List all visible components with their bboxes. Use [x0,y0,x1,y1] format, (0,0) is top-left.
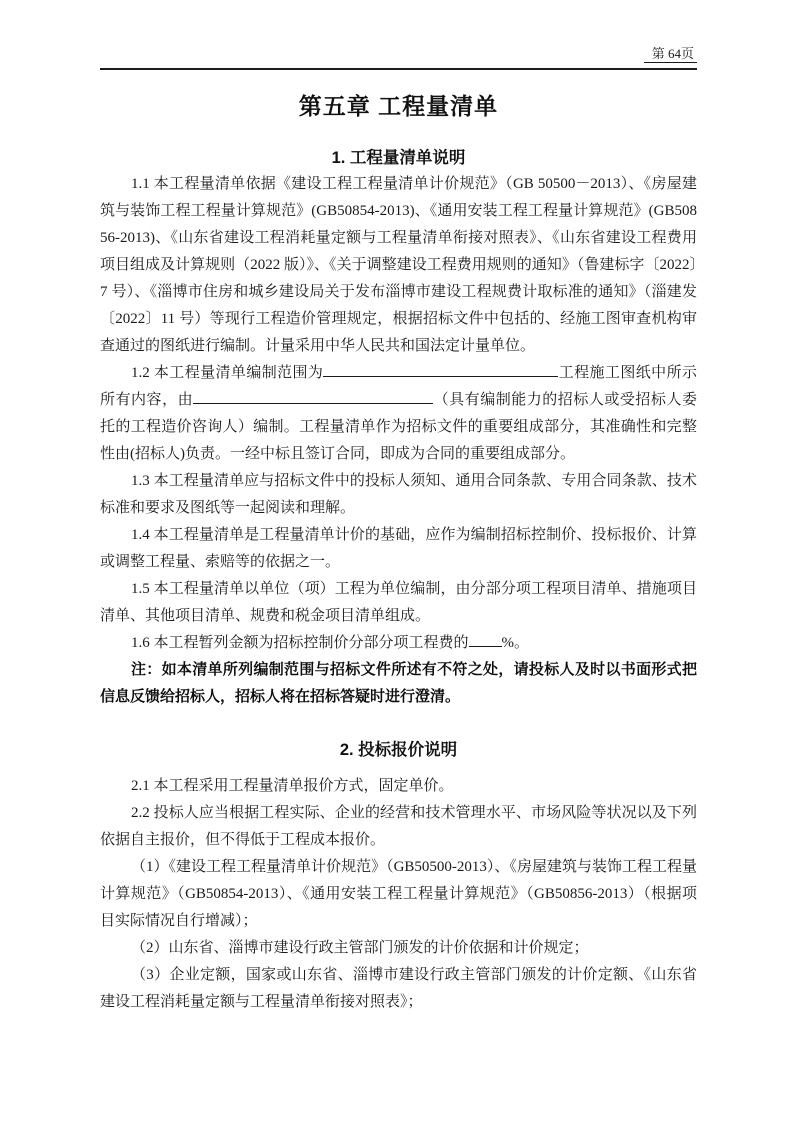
section-1-heading: 1. 工程量清单说明 [100,145,697,171]
chapter-title: 第五章 工程量清单 [100,90,697,122]
fill-in-blank-scope [323,361,558,377]
basis-item-2: （2）山东省、淄博市建设行政主管部门颁发的计价依据和计价规定； [100,935,697,962]
header-rule [100,68,697,70]
basis-item-1: （1）《建设工程工程量清单计价规范》（GB50500-2013）、《房屋建筑与装… [100,854,697,935]
page-number: 第 64页 [644,46,697,63]
clause-2-1: 2.1 本工程采用工程量清单报价方式，固定单价。 [100,773,697,800]
clause-1-1: 1.1 本工程量清单依据《建设工程工程量清单计价规范》（GB 50500－201… [100,171,697,360]
note-paragraph: 注：如本清单所列编制范围与招标文件所述有不符之处，请投标人及时以书面形式把信息反… [100,657,697,711]
fill-in-blank-compiler [193,388,433,404]
section-2-heading: 2. 投标报价说明 [100,737,697,763]
page-header: 第 64页 [100,46,697,68]
clause-2-2: 2.2 投标人应当根据工程实际、企业的经营和技术管理水平、市场风险等状况以及下列… [100,800,697,854]
clause-1-6: 1.6 本工程暂列金额为招标控制价分部分项工程费的%。 [100,630,697,657]
fill-in-blank-percentage [469,631,502,647]
clause-1-3: 1.3 本工程量清单应与招标文件中的投标人须知、通用合同条款、专用合同条款、技术… [100,468,697,522]
clause-1-6-text-b: %。 [502,635,530,651]
clause-1-2: 1.2 本工程量清单编制范围为工程施工图纸中所示所有内容，由（具有编制能力的招标… [100,360,697,468]
clause-1-2-text-a: 1.2 本工程量清单编制范围为 [131,365,323,381]
clause-1-4: 1.4 本工程量清单是工程量清单计价的基础，应作为编制招标控制价、投标报价、计算… [100,522,697,576]
basis-item-3: （3）企业定额，国家或山东省、淄博市建设行政主管部门颁发的计价定额、《山东省建设… [100,962,697,1016]
clause-1-5: 1.5 本工程量清单以单位（项）工程为单位编制，由分部分项工程项目清单、措施项目… [100,576,697,630]
clause-1-6-text-a: 1.6 本工程暂列金额为招标控制价分部分项工程费的 [131,635,469,651]
document-page: 第 64页 第五章 工程量清单 1. 工程量清单说明 1.1 本工程量清单依据《… [0,0,793,1122]
